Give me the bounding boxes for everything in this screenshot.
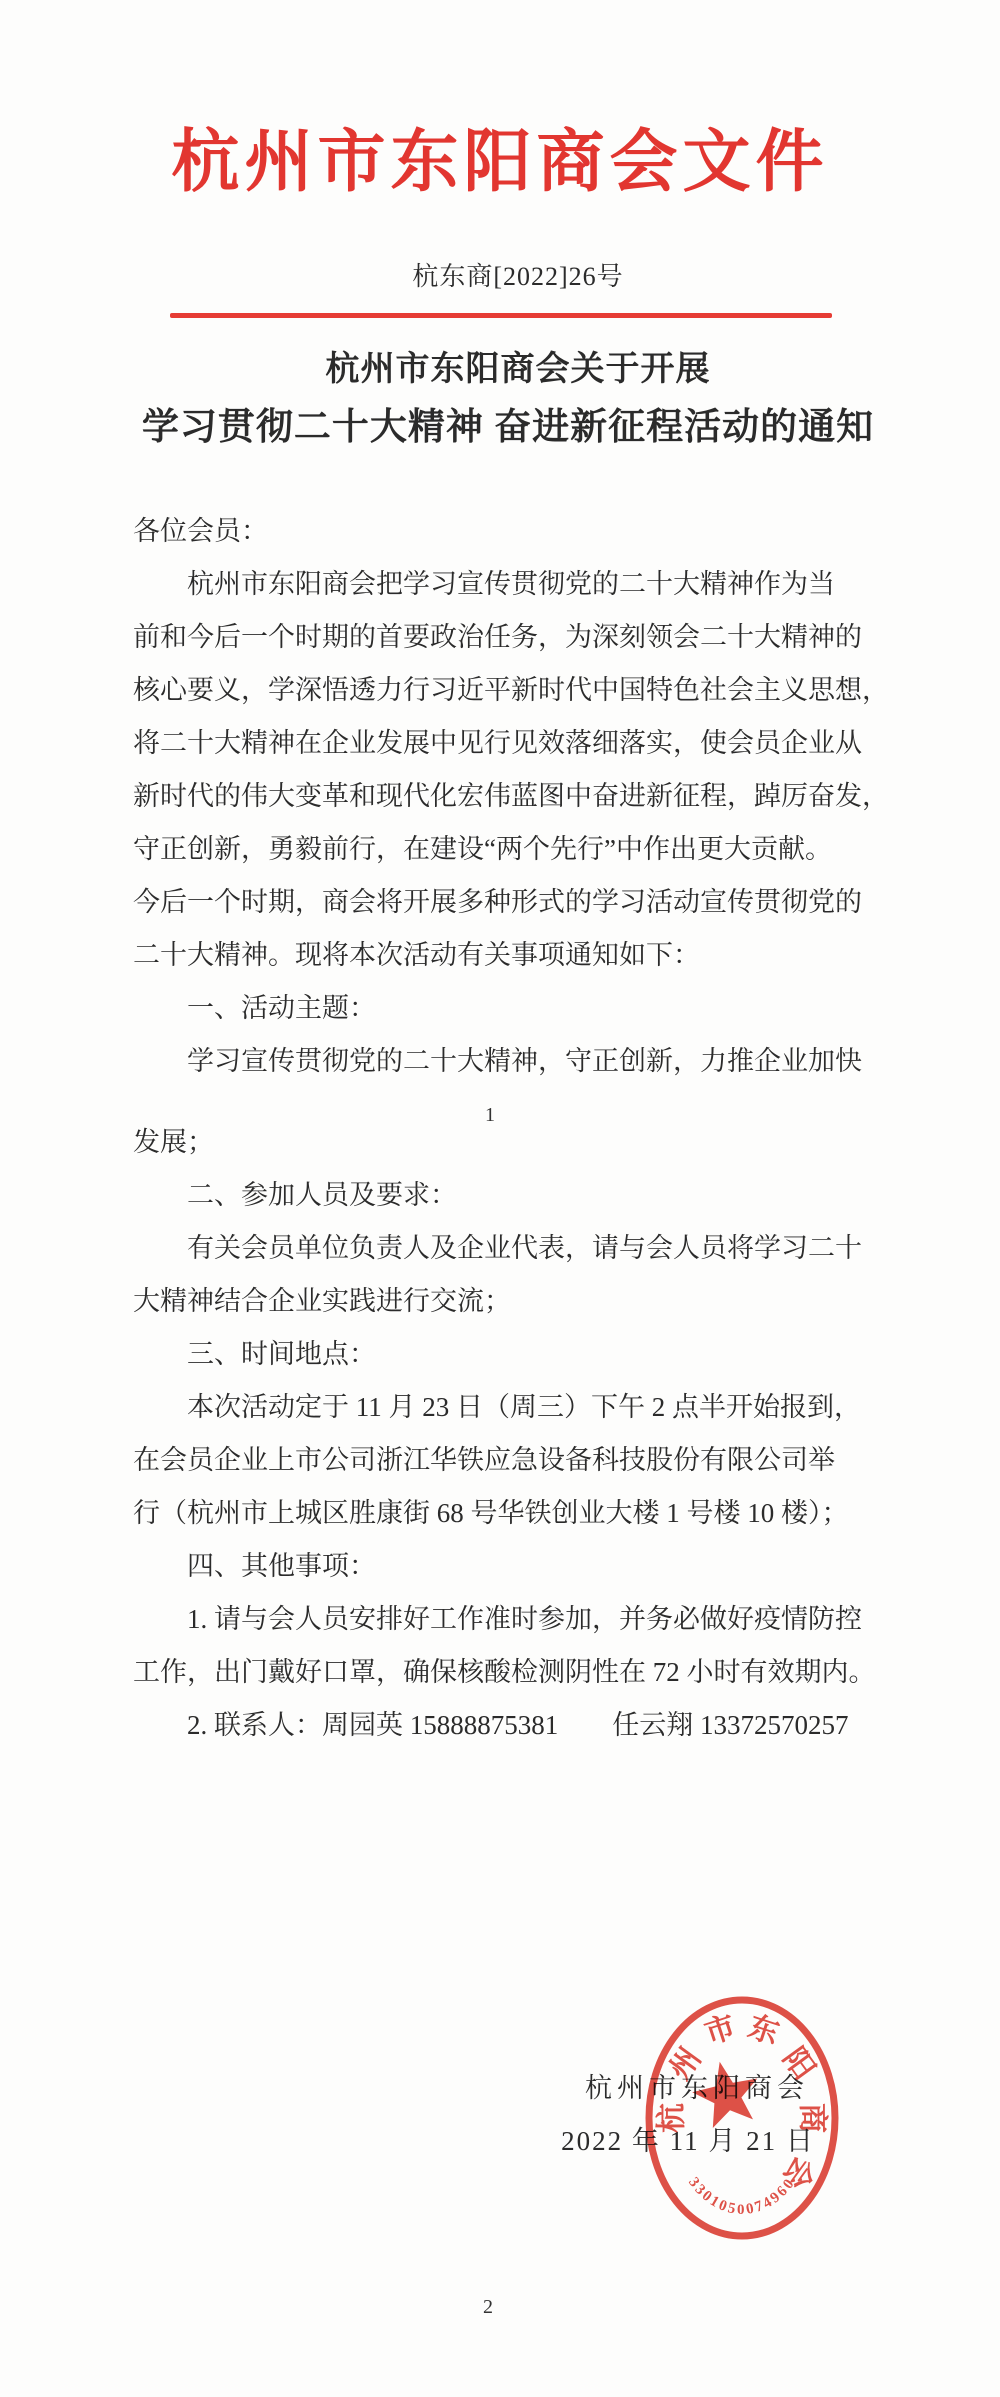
- body-line: 发展；: [133, 1116, 878, 1169]
- notice-title-line-2: 学习贯彻二十大精神 奋进新征程活动的通知: [8, 396, 1000, 450]
- body-line: 在会员企业上市公司浙江华铁应急设备科技股份有限公司举: [133, 1434, 878, 1487]
- seal-ring-char: 商: [796, 2103, 830, 2133]
- body-line: 将二十大精神在企业发展中见行见效落细落实，使会员企业从: [133, 717, 878, 770]
- body-line: 守正创新，勇毅前行，在建设“两个先行”中作出更大贡献。: [133, 823, 878, 876]
- body-line: 有关会员单位负责人及企业代表，请与会人员将学习二十: [133, 1222, 878, 1275]
- seal-ring-char: 杭: [656, 2103, 689, 2133]
- body-line: 工作，出门戴好口罩，确保核酸检测阴性在 72 小时有效期内。: [133, 1646, 878, 1699]
- body-line: 三、时间地点：: [133, 1328, 878, 1381]
- seal-ring-char: 东: [744, 2010, 783, 2051]
- body-line: 新时代的伟大变革和现代化宏伟蓝图中奋进新征程，踔厉奋发，: [133, 770, 878, 823]
- seal-ring-char: 市: [701, 2010, 740, 2051]
- header-title: 杭州市东阳商会文件: [0, 108, 1000, 205]
- body-line: 四、其他事项：: [133, 1540, 878, 1593]
- red-separator-line: [170, 313, 832, 318]
- doc-number: 杭东商[2022]26号: [18, 256, 1000, 293]
- body-line: 今后一个时期，商会将开展多种形式的学习活动宣传贯彻党的: [133, 876, 878, 929]
- body-line: 杭州市东阳商会把学习宣传贯彻党的二十大精神作为当: [133, 558, 878, 611]
- seal-code: 3301050074960: [685, 2175, 799, 2218]
- body-page1: 各位会员： 杭州市东阳商会把学习宣传贯彻党的二十大精神作为当 前和今后一个时期的…: [133, 505, 878, 1088]
- notice-title-line-1: 杭州市东阳商会关于开展: [18, 341, 1000, 390]
- body-line: 大精神结合企业实践进行交流；: [133, 1275, 878, 1328]
- body-line: 学习宣传贯彻党的二十大精神，守正创新，力推企业加快: [133, 1035, 878, 1088]
- body-line: 1. 请与会人员安排好工作准时参加，并务必做好疫情防控: [133, 1593, 878, 1646]
- body-line: 前和今后一个时期的首要政治任务，为深刻领会二十大精神的: [133, 611, 878, 664]
- body-line: 行（杭州市上城区胜康街 68 号华铁创业大楼 1 号楼 10 楼）；: [133, 1487, 878, 1540]
- body-line: 2. 联系人：周园英 15888875381 任云翔 13372570257: [133, 1699, 878, 1752]
- official-seal: 杭 州 市 东 阳 商 会 3301050074960: [642, 1996, 842, 2244]
- body-line: 本次活动定于 11 月 23 日（周三）下午 2 点半开始报到，: [133, 1381, 878, 1434]
- document-page: 杭州市东阳商会文件 杭东商[2022]26号 杭州市东阳商会关于开展 学习贯彻二…: [0, 0, 1000, 2397]
- body-line: 二十大精神。现将本次活动有关事项通知如下：: [133, 929, 878, 982]
- body-line: 一、活动主题：: [133, 982, 878, 1035]
- page-2-number: 2: [0, 2296, 976, 2319]
- body-line: 核心要义，学深悟透力行习近平新时代中国特色社会主义思想，: [133, 664, 878, 717]
- body-line: 二、参加人员及要求：: [133, 1169, 878, 1222]
- seal-star-icon: [692, 2062, 757, 2128]
- body-line: 各位会员：: [133, 505, 878, 558]
- body-page2: 发展； 二、参加人员及要求： 有关会员单位负责人及企业代表，请与会人员将学习二十…: [133, 1116, 878, 1752]
- svg-text:3301050074960: 3301050074960: [685, 2175, 799, 2218]
